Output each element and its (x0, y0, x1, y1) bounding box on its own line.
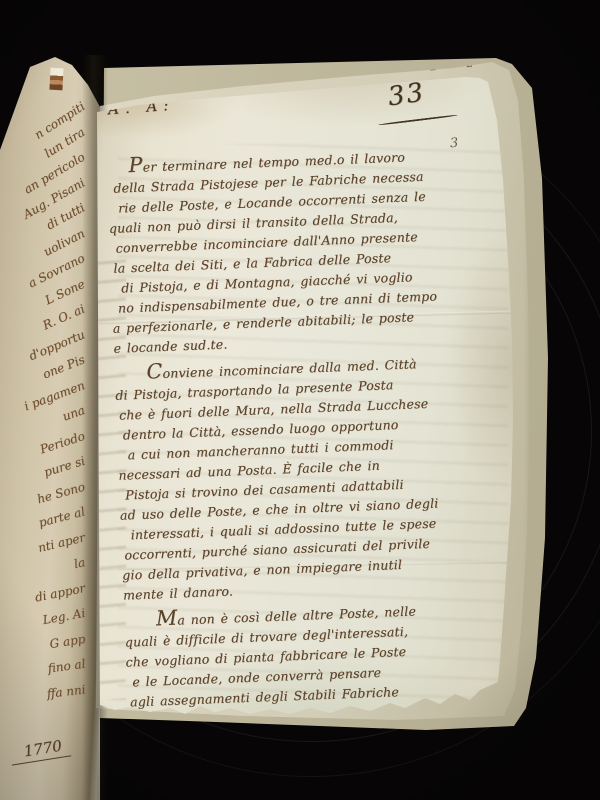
year-annotation: 1770 (9, 735, 72, 765)
photo-scene: n compitilun tiraan pericoloAug. Pisanid… (0, 0, 600, 800)
manuscript-body: Per terminare nel tempo med.o il lavorod… (106, 137, 523, 713)
main-page: A. A: 33 3 Per terminare nel tempo med.o… (88, 64, 518, 730)
left-page-text: n compitilun tiraan pericoloAug. Pisanid… (0, 95, 90, 707)
bookmark-tab (49, 68, 63, 91)
page-number-underline (378, 114, 458, 126)
